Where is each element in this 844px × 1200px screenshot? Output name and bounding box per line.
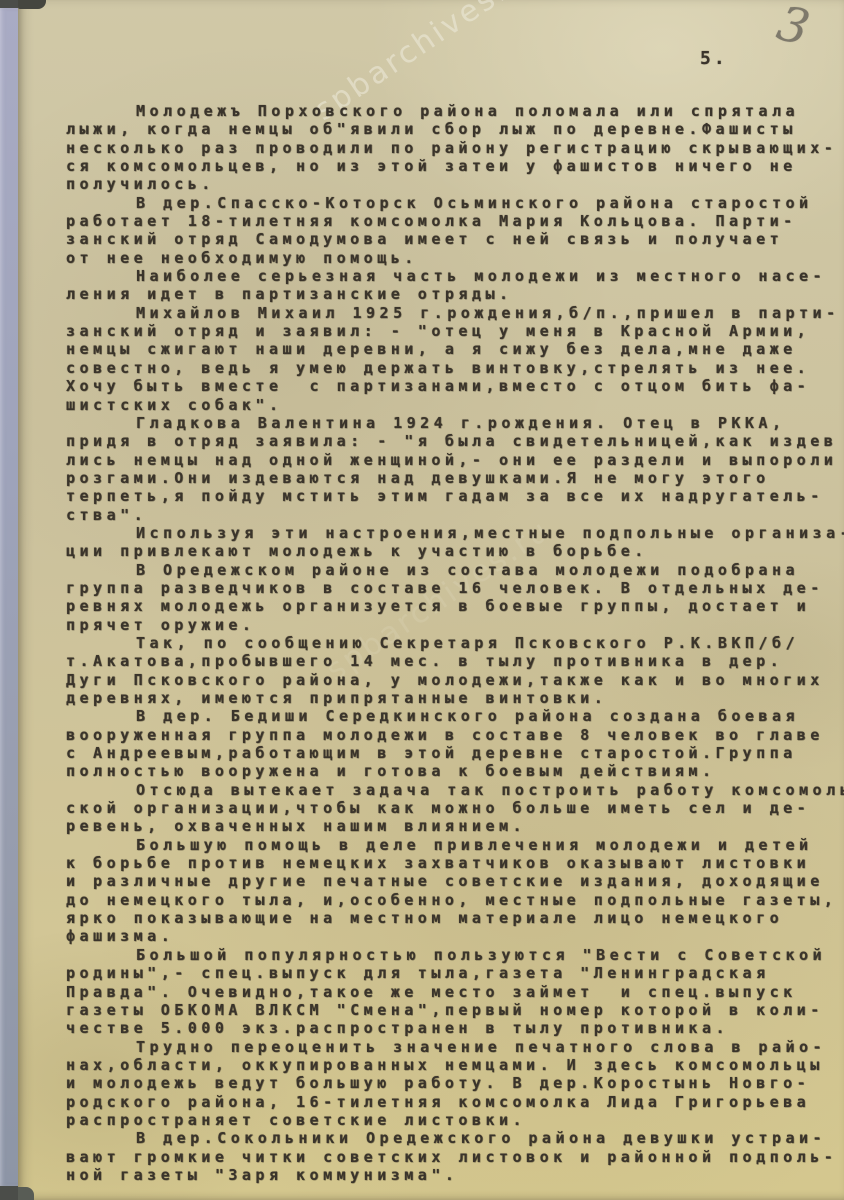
paper-sheet: spbarchives.ru spbarchives.ru 3 5. Молод… [18,0,844,1200]
typed-line: Гладкова Валентина 1924 г.рождения. Отец… [66,414,844,432]
typed-line: и молодежь ведут большую работу. В дер.К… [66,1074,844,1092]
typed-line: розгами.Они издеваются над девушками.Я н… [66,469,844,487]
typed-line: придя в отряд заявила: - "я была свидете… [66,432,844,450]
typed-line: Большую помощь в деле привлечения молоде… [66,836,844,854]
typed-line: ления идет в партизанские отряды. [66,285,844,303]
typed-line: до немецкого тыла, и,особенно, местные п… [66,891,844,909]
typed-line: Используя эти настроения,местные подполь… [66,524,844,542]
typed-line: т.Акатова,пробывшего 14 мес. в тылу прот… [66,652,844,670]
document-body: Молодежъ Порховского района поломала или… [66,102,844,1184]
typed-line: Отсюда вытекает задача так построить раб… [66,781,844,799]
typed-line: Так, по сообщению Секретаря Псковского Р… [66,634,844,652]
scan-shadow-bottom-left [18,1187,34,1200]
typed-line: группа разведчиков в составе 16 человек.… [66,579,844,597]
typed-line: ной газеты "Заря коммунизма". [66,1166,844,1184]
typed-line: распространяет советские листовки. [66,1111,844,1129]
typed-line: В Оредежском районе из состава молодежи … [66,561,844,579]
typed-line: нах,области, оккупированных немцами. И з… [66,1056,844,1074]
typed-line: родского района, 16-тилетняя комсомолка … [66,1093,844,1111]
typed-line: газеты ОБКОМА ВЛКСМ "Смена",первый номер… [66,1001,844,1019]
typed-line: занский отряд и заявил: - "отец у меня в… [66,322,844,340]
typed-line: Хочу быть вместе с партизанами,вместо с … [66,377,844,395]
typed-line: ства". [66,506,844,524]
scan-shadow-top-left [18,0,46,9]
typed-line: В дер. Бедиши Середкинского района созда… [66,707,844,725]
typed-line: Трудно переоценить значение печатного сл… [66,1038,844,1056]
typed-line: лись немцы над одной женщиной,- они ее р… [66,451,844,469]
typed-line: прячет оружие. [66,616,844,634]
typed-line: полностью вооружена и готова к боевым де… [66,762,844,780]
typed-line: ревень, охваченных нашим влиянием. [66,817,844,835]
typed-line: В дер.Спасско-Которск Осьминского района… [66,194,844,212]
typed-line: с Андреевым,работающим в этой деревне ст… [66,744,844,762]
typed-line: Молодежъ Порховского района поломала или… [66,102,844,120]
typed-line: занский отряд Самодумова имеет с ней свя… [66,230,844,248]
typed-line: честве 5.000 экз.распространен в тылу пр… [66,1019,844,1037]
typed-line: вают громкие читки советских листовок и … [66,1148,844,1166]
typed-line: родины",- спец.выпуск для тыла,газета "Л… [66,964,844,982]
scanned-page: spbarchives.ru spbarchives.ru 3 5. Молод… [0,0,844,1200]
typed-line: немцы сжигают наши деревни, а я сижу без… [66,340,844,358]
typed-line: лыжи, когда немцы об"явили сбор лыж по д… [66,120,844,138]
typed-line: работает 18-тилетняя комсомолка Мария Ко… [66,212,844,230]
typed-line: Правда". Очевидно,такое же место займет … [66,983,844,1001]
typed-line: несколько раз проводили по району регист… [66,139,844,157]
typed-line: деревнях, имеются припрятанные винтовки. [66,689,844,707]
typed-line: от нее необходимую помощь. [66,249,844,267]
typed-line: вооруженная группа молодежи в составе 8 … [66,726,844,744]
typed-line: ревнях молодежь организуется в боевые гр… [66,597,844,615]
typed-line: ярко показывающие на местном материале л… [66,909,844,927]
typed-line: и различные другие печатные советские из… [66,872,844,890]
handwritten-page-numeral: 3 [772,0,815,57]
typed-line: Большой популярностью пользуются "Вести … [66,946,844,964]
typed-line: терпеть,я пойду мстить этим гадам за все… [66,487,844,505]
typed-line: к борьбе против немецких захватчиков ока… [66,854,844,872]
typed-line: В дер.Сокольники Оредежского района деву… [66,1129,844,1147]
typed-line: Наиболее серьезная часть молодежи из мес… [66,267,844,285]
typed-line: Михайлов Михаил 1925 г.рождения,б/п.,при… [66,304,844,322]
typed-line: фашизма. [66,927,844,945]
typed-line: ции привлекают молодежь к участию в борь… [66,542,844,560]
typed-line: ся комсомольцев, но из этой затеи у фаши… [66,157,844,175]
typed-page-number: 5. [700,48,728,69]
typed-line: получилось. [66,175,844,193]
typed-line: ской организации,чтобы как можно больше … [66,799,844,817]
typed-line: Дуги Псковского района, у молодежи,также… [66,671,844,689]
typed-line: совестно, ведь я умею держать винтовку,с… [66,359,844,377]
typed-line: шистских собак". [66,396,844,414]
